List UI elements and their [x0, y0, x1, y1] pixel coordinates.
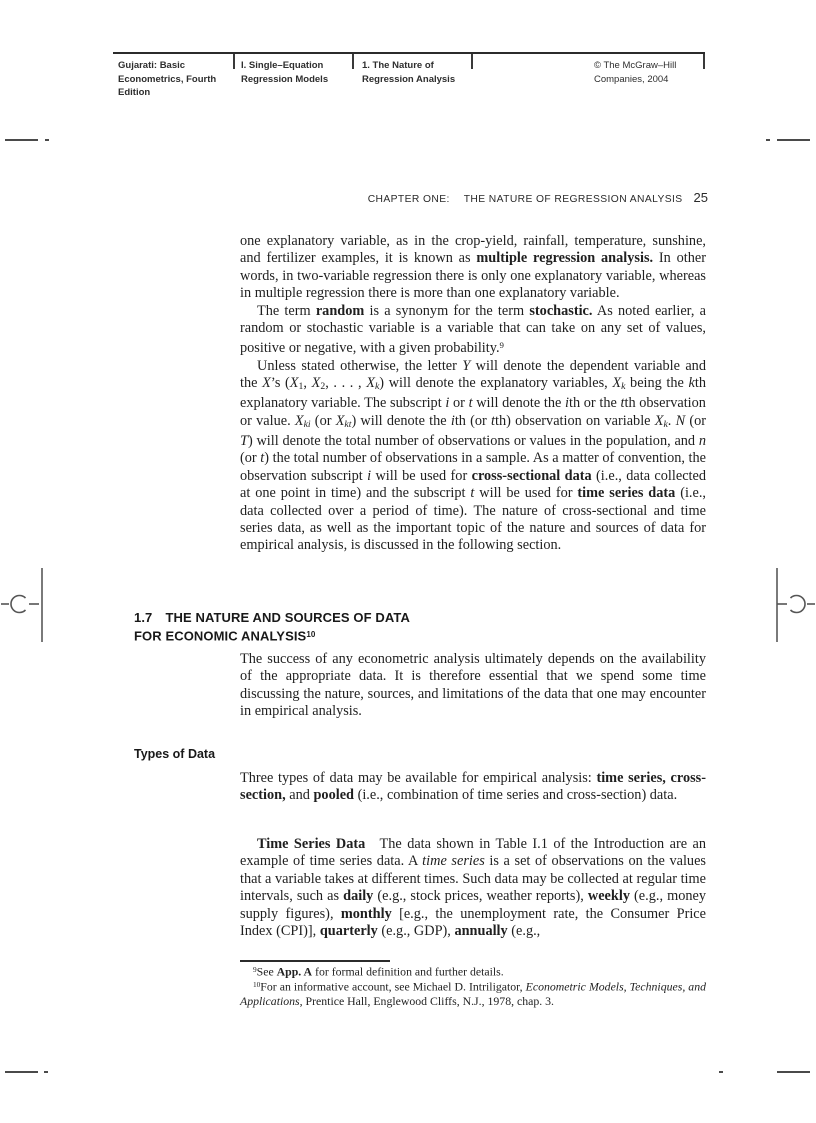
print-header-chapter-title: 1. The Nature of Regression Analysis — [354, 54, 471, 86]
footnote-separator-rule — [240, 960, 390, 962]
page-number: 25 — [694, 190, 708, 205]
crop-mark-bottom-right-icon — [777, 1071, 810, 1073]
print-header-copyright: © The McGraw–Hill Companies, 2004 — [473, 54, 703, 86]
book-page: Gujarati: Basic Econometrics, Fourth Edi… — [0, 0, 816, 1123]
print-header: Gujarati: Basic Econometrics, Fourth Edi… — [113, 52, 705, 100]
body-text-block: Three types of data may be available for… — [240, 770, 706, 805]
registration-mark-left-icon — [1, 591, 39, 617]
crop-mark-tick-icon — [44, 1071, 48, 1073]
paragraph-random-stochastic: The term random is a synonym for the ter… — [240, 303, 706, 358]
crop-mark-bottom-left-icon — [5, 1071, 38, 1073]
registration-mark-right-icon — [777, 591, 815, 617]
print-header-book-title: Gujarati: Basic Econometrics, Fourth Edi… — [113, 54, 233, 100]
body-text-block: Time Series Data The data shown in Table… — [240, 836, 706, 940]
footnote-9: 9See App. A for formal definition and fu… — [240, 963, 706, 978]
body-text-block: one explanatory variable, as in the crop… — [240, 233, 706, 555]
crop-mark-tick-icon — [719, 1071, 723, 1073]
running-head: CHAPTER ONE: THE NATURE OF REGRESSION AN… — [368, 190, 708, 205]
paragraph-data-success: The success of any econometric analysis … — [240, 651, 706, 721]
footnotes-block: 9See App. A for formal definition and fu… — [240, 963, 706, 1008]
crop-mark-tick-icon — [766, 139, 770, 141]
body-text-block: The success of any econometric analysis … — [240, 651, 706, 721]
paragraph-notation: Unless stated otherwise, the letter Y wi… — [240, 358, 706, 555]
subheading-types-of-data: Types of Data — [134, 747, 215, 761]
crop-mark-tick-icon — [45, 139, 49, 141]
footnote-10: 10For an informative account, see Michae… — [240, 978, 706, 1007]
paragraph-time-series-data: Time Series Data The data shown in Table… — [240, 836, 706, 940]
crop-mark-top-left-icon — [5, 139, 38, 141]
section-heading-1-7: 1.7 THE NATURE AND SOURCES OF DATA FOR E… — [134, 610, 410, 645]
running-head-title: THE NATURE OF REGRESSION ANALYSIS — [464, 194, 683, 205]
paragraph-multiple-regression: one explanatory variable, as in the crop… — [240, 233, 706, 303]
print-header-part-title: I. Single–Equation Regression Models — [235, 54, 352, 86]
binding-rail-left — [41, 568, 43, 642]
crop-mark-top-right-icon — [777, 139, 810, 141]
header-divider — [703, 54, 705, 69]
running-head-chapter-label: CHAPTER ONE: — [368, 194, 450, 205]
paragraph-three-types: Three types of data may be available for… — [240, 770, 706, 805]
